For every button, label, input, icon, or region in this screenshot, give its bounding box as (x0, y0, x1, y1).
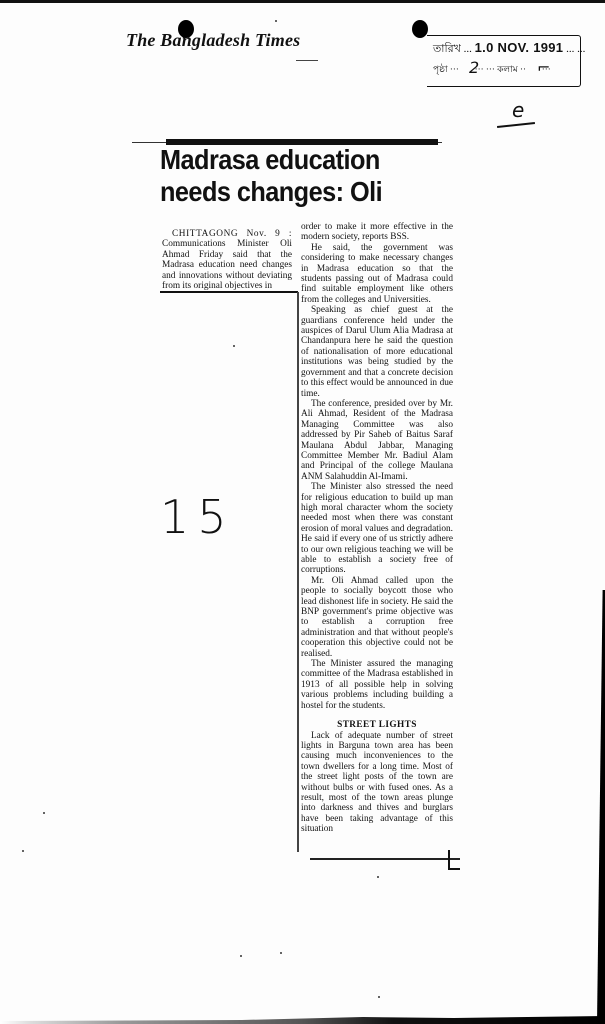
scan-speck (378, 996, 380, 998)
article-dateline: CHITTAGONG Nov. 9 : (172, 229, 292, 239)
article-paragraph: Speaking as chief guest at the guardians… (301, 305, 453, 399)
punch-hole-right (412, 20, 428, 38)
article-subhead: STREET LIGHTS (301, 720, 453, 730)
headline-line-1: Madrasa education (160, 144, 427, 176)
article-paragraph: order to make it more effective in the m… (301, 222, 453, 243)
stamp-column-label: কলাম (497, 64, 518, 74)
stamp-page-label: পৃষ্ঠা (433, 64, 448, 74)
clipping-corner (448, 850, 460, 870)
masthead-underline (296, 60, 318, 61)
article-paragraph: The conference, presided over by Mr. Ali… (301, 399, 453, 482)
stamp-date-value: 1.0 NOV. 1991 (475, 40, 564, 55)
stamp-date-label: তারিখ (433, 43, 461, 55)
handwritten-column-mark: ⌐ (537, 58, 550, 77)
scan-speck (275, 20, 277, 22)
left-column-text: Communications Minister Oli Ahmad Friday… (162, 239, 292, 291)
scan-speck (280, 952, 282, 954)
clipping-cut-line (160, 291, 298, 293)
page-mark-underline (497, 122, 535, 128)
article-paragraph: Mr. Oli Ahmad called upon the people to … (301, 576, 453, 659)
article-paragraph: The Minister also stressed the need for … (301, 482, 453, 576)
article-paragraph: He said, the government was considering … (301, 243, 453, 305)
clipping-cut-line-bottom (310, 858, 460, 860)
stamp-dots: ... (464, 43, 472, 55)
article-right-column: order to make it more effective in the m… (301, 222, 453, 835)
scan-top-edge (0, 0, 605, 3)
archive-date-stamp: তারিখ ... 1.0 NOV. 1991 ... ... পৃষ্ঠা ·… (427, 35, 581, 87)
scan-speck (22, 850, 24, 852)
newspaper-masthead: The Bangladesh Times (126, 30, 300, 51)
article-paragraph: Lack of adequate number of street lights… (301, 731, 453, 835)
handwritten-clip-number: 15 (160, 490, 235, 544)
article-headline: Madrasa education needs changes: Oli (160, 144, 427, 208)
stamp-date-row: তারিখ ... 1.0 NOV. 1991 ... ... (433, 40, 585, 59)
stamp-dots: ... ... (566, 43, 585, 55)
scan-right-edge (597, 590, 605, 1024)
scan-speck (233, 345, 235, 347)
scan-speck (43, 812, 45, 814)
clipping-cut-line-vertical (297, 292, 299, 852)
scan-speck (240, 955, 242, 957)
handwritten-page-number: 2 (469, 58, 479, 77)
article-left-column: CHITTAGONG Nov. 9 : Communications Minis… (162, 229, 292, 291)
scan-bottom-edge (0, 1014, 605, 1024)
stamp-page-row: পৃষ্ঠা ··· ··· ··· কলাম ·· ··· (433, 62, 551, 77)
scan-speck (377, 876, 379, 878)
headline-line-2: needs changes: Oli (160, 176, 427, 208)
article-paragraph: The Minister assured the managing commit… (301, 659, 453, 711)
handwritten-page-mark: e (512, 98, 524, 122)
